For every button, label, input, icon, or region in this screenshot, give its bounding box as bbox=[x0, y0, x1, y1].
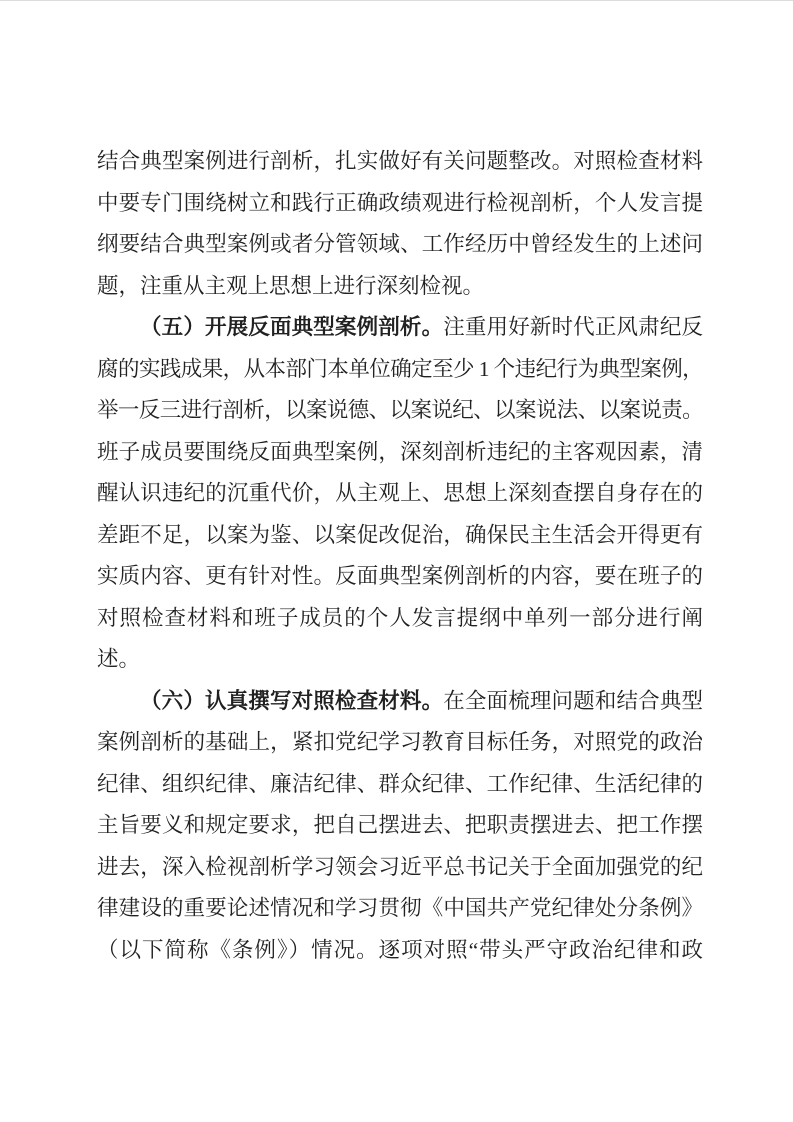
paragraph-continuation: 结合典型案例进行剖析，扎实做好有关问题整改。对照检查材料中要专门围绕树立和践行正… bbox=[97, 141, 703, 307]
text-line: 对照检查材料和班子成员的个人发言提纲中单列一部分进行阐 bbox=[97, 598, 703, 640]
section-heading-run: （六）认真撰写对照检查材料。 bbox=[140, 689, 443, 713]
text-line: 结合典型案例进行剖析，扎实做好有关问题整改。对照检查材料 bbox=[97, 141, 703, 183]
text-run: 案例剖析的基础上，紧扣党纪学习教育目标任务，对照党的政治 bbox=[97, 730, 703, 754]
text-line: 述。 bbox=[97, 639, 703, 681]
paragraph-section-5: （五）开展反面典型案例剖析。注重用好新时代正风肃纪反腐的实践成果，从本部门本单位… bbox=[97, 307, 703, 681]
text-run: 注重用好新时代正风肃纪反 bbox=[443, 315, 703, 339]
text-line: 题，注重从主观上思想上进行深刻检视。 bbox=[97, 266, 703, 308]
text-line: 纲要结合典型案例或者分管领域、工作经历中曾经发生的上述问 bbox=[97, 224, 703, 266]
text-line: 纪律、组织纪律、廉洁纪律、群众纪律、工作纪律、生活纪律的 bbox=[97, 764, 703, 806]
text-run: 进去，深入检视剖析学习领会习近平总书记关于全面加强党的纪 bbox=[97, 855, 703, 879]
text-line: 举一反三进行剖析，以案说德、以案说纪、以案说法、以案说责。 bbox=[97, 390, 703, 432]
document-page: 结合典型案例进行剖析，扎实做好有关问题整改。对照检查材料中要专门围绕树立和践行正… bbox=[0, 0, 793, 1122]
text-line: 案例剖析的基础上，紧扣党纪学习教育目标任务，对照党的政治 bbox=[97, 722, 703, 764]
text-line: 实质内容、更有针对性。反面典型案例剖析的内容，要在班子的 bbox=[97, 556, 703, 598]
text-line: （以下简称《条例》）情况。逐项对照“带头严守政治纪律和政 bbox=[97, 930, 703, 972]
text-run: 主旨要义和规定要求，把自己摆进去、把职责摆进去、把工作摆 bbox=[97, 813, 703, 837]
document-text-block: 结合典型案例进行剖析，扎实做好有关问题整改。对照检查材料中要专门围绕树立和践行正… bbox=[97, 141, 703, 971]
text-run: 题，注重从主观上思想上进行深刻检视。 bbox=[97, 274, 484, 298]
text-line: 律建设的重要论述情况和学习贯彻《中国共产党纪律处分条例》 bbox=[97, 888, 703, 930]
text-line: 差距不足，以案为鉴、以案促改促治，确保民主生活会开得更有 bbox=[97, 515, 703, 557]
text-run: 纪律、组织纪律、廉洁纪律、群众纪律、工作纪律、生活纪律的 bbox=[97, 772, 703, 796]
text-line: （六）认真撰写对照检查材料。在全面梳理问题和结合典型 bbox=[97, 681, 703, 723]
text-run: 对照检查材料和班子成员的个人发言提纲中单列一部分进行阐 bbox=[97, 606, 703, 630]
text-run: 结合典型案例进行剖析，扎实做好有关问题整改。对照检查材料 bbox=[97, 149, 703, 173]
text-line: 主旨要义和规定要求，把自己摆进去、把职责摆进去、把工作摆 bbox=[97, 805, 703, 847]
text-line: 进去，深入检视剖析学习领会习近平总书记关于全面加强党的纪 bbox=[97, 847, 703, 889]
section-heading-run: （五）开展反面典型案例剖析。 bbox=[140, 315, 443, 339]
text-line: 中要专门围绕树立和践行正确政绩观进行检视剖析，个人发言提 bbox=[97, 183, 703, 225]
text-run: 醒认识违纪的沉重代价，从主观上、思想上深刻查摆自身存在的 bbox=[97, 481, 703, 505]
text-line: 腐的实践成果，从本部门本单位确定至少 1 个违纪行为典型案例， bbox=[97, 349, 703, 391]
text-run: 腐的实践成果，从本部门本单位确定至少 1 个违纪行为典型案例， bbox=[97, 357, 703, 381]
text-line: 醒认识违纪的沉重代价，从主观上、思想上深刻查摆自身存在的 bbox=[97, 473, 703, 515]
text-run: 班子成员要围绕反面典型案例，深刻剖析违纪的主客观因素，清 bbox=[97, 440, 703, 464]
text-run: 述。 bbox=[97, 647, 140, 671]
text-run: 实质内容、更有针对性。反面典型案例剖析的内容，要在班子的 bbox=[97, 564, 703, 588]
page-top-edge bbox=[0, 0, 793, 1]
text-run: 举一反三进行剖析，以案说德、以案说纪、以案说法、以案说责。 bbox=[97, 398, 703, 422]
text-run: （以下简称《条例》）情况。逐项对照“带头严守政治纪律和政 bbox=[97, 938, 703, 962]
text-run: 律建设的重要论述情况和学习贯彻《中国共产党纪律处分条例》 bbox=[97, 896, 703, 920]
paragraph-section-6: （六）认真撰写对照检查材料。在全面梳理问题和结合典型案例剖析的基础上，紧扣党纪学… bbox=[97, 681, 703, 972]
text-run: 纲要结合典型案例或者分管领域、工作经历中曾经发生的上述问 bbox=[97, 232, 703, 256]
text-run: 差距不足，以案为鉴、以案促改促治，确保民主生活会开得更有 bbox=[97, 523, 703, 547]
text-run: 在全面梳理问题和结合典型 bbox=[443, 689, 703, 713]
text-line: 班子成员要围绕反面典型案例，深刻剖析违纪的主客观因素，清 bbox=[97, 432, 703, 474]
text-run: 中要专门围绕树立和践行正确政绩观进行检视剖析，个人发言提 bbox=[97, 191, 703, 215]
text-line: （五）开展反面典型案例剖析。注重用好新时代正风肃纪反 bbox=[97, 307, 703, 349]
